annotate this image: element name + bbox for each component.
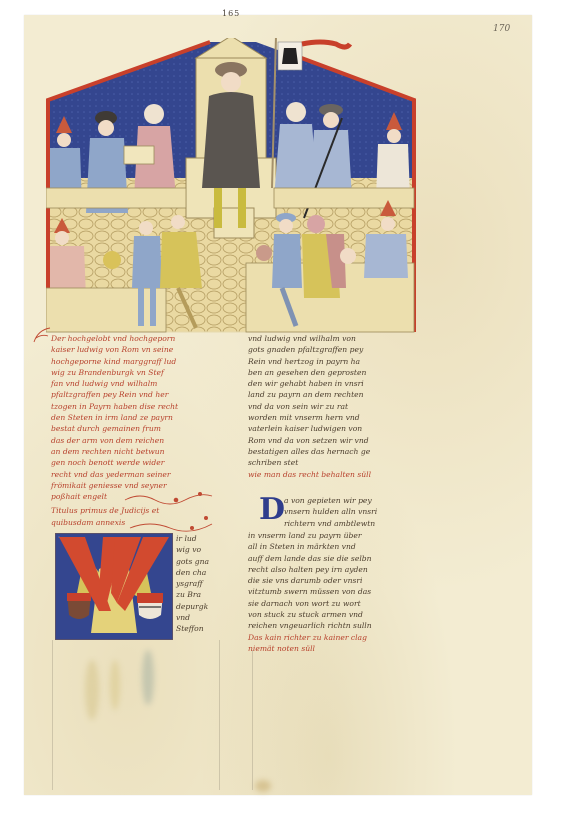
- text-line: recht also halten pey irn ayden: [248, 564, 428, 575]
- text-line: tzogen in Payrn haben dise recht: [51, 401, 231, 412]
- rubric-heading: Das kain richter zu kainer clag: [248, 632, 428, 643]
- text-line: vnd da von sein wir zu rat: [248, 401, 428, 412]
- ruling-line: [252, 650, 253, 790]
- text-line: vnd ludwig vnd wilhalm von: [248, 333, 428, 344]
- text-line: reichen vngeuarlich richtn sulln: [248, 620, 428, 631]
- text-line: den cha: [176, 567, 209, 578]
- stain: [85, 660, 99, 720]
- text-beside-initial: ir lud wig vo gots gna den cha ysgraff z…: [176, 533, 209, 635]
- text-line: bestat durch gemainen frum: [51, 423, 231, 434]
- right-column-text: vnd ludwig vnd wilhalm von gots gnaden p…: [248, 333, 428, 480]
- text-line: ben an gesehen den geprosten: [248, 367, 428, 378]
- text-line: den Steten in irm land ze payrn: [51, 412, 231, 423]
- text-line: wig vo: [176, 544, 209, 555]
- text-line: Steffon: [176, 623, 209, 634]
- text-line: recht vnd das yederman seiner: [51, 469, 231, 480]
- text-after-initial: a von gepieten wir pey vnsern hulden all…: [284, 495, 377, 529]
- text-line: vnsern hulden alln vnsri: [284, 506, 377, 517]
- text-line: ir lud: [176, 533, 209, 544]
- text-line: wig zu Brandenburgk vn Stef: [51, 367, 231, 378]
- folio-number: 170: [493, 24, 510, 34]
- text-line: worden mit vnserm hern vnd: [248, 412, 428, 423]
- text-line: Der hochgelobt vnd hochgeporn: [51, 333, 231, 344]
- right-column-continued: in vnserm land zu payrn über all in Stet…: [248, 530, 428, 654]
- text-line: von stuck zu stuck armen vnd: [248, 609, 428, 620]
- text-line: bestatigen alles das hernach ge: [248, 446, 428, 457]
- text-line: auff dem lande das sie die selbn: [248, 553, 428, 564]
- text-line: kaiser ludwig von Rom vn seine: [51, 344, 231, 355]
- text-line: gots gna: [176, 556, 209, 567]
- text-line: fan vnd ludwig vnd wilhalm: [51, 378, 231, 389]
- chapter-number: 165: [222, 9, 240, 18]
- text-line: in vnserm land zu payrn über: [248, 530, 428, 541]
- court-scene-image: [46, 38, 416, 334]
- miniature-illustration: [46, 38, 416, 334]
- text-line: zu Bra: [176, 589, 209, 600]
- text-line: vaterlein kaiser ludwigen von: [248, 423, 428, 434]
- text-line: vitztumb swern müssen von das: [248, 586, 428, 597]
- text-line: Rein vnd hertzog in payrn ha: [248, 356, 428, 367]
- ruling-line: [52, 640, 53, 790]
- text-line: richtern vnd ambtlewtn: [284, 518, 377, 529]
- drop-initial-d: D: [259, 495, 281, 525]
- rubric-heading: niemät noten süll: [248, 643, 428, 654]
- red-flourish-ornament: [120, 488, 215, 534]
- stain: [255, 780, 271, 792]
- text-line: ysgraff: [176, 578, 209, 589]
- text-line: pfaltzgraffen pey Rein vnd her: [51, 389, 231, 400]
- text-line: vnd: [176, 612, 209, 623]
- ruling-line: [219, 640, 220, 790]
- text-line: depurgk: [176, 601, 209, 612]
- text-line: den wir gehabt haben in vnsri: [248, 378, 428, 389]
- text-line: gots gnaden pfaltzgraffen pey: [248, 344, 428, 355]
- text-line: das der arm von dem reichen: [51, 435, 231, 446]
- angel-initial-image: [55, 533, 173, 640]
- historiated-initial-w: [55, 533, 173, 640]
- text-line: hochgeporne kind marggraff lud: [51, 356, 231, 367]
- text-line: gen noch benott werde wider: [51, 457, 231, 468]
- text-line: land zu payrn an dem rechten: [248, 389, 428, 400]
- text-line: an dem rechten nicht betwun: [51, 446, 231, 457]
- text-line: sie darnach von wort zu wort: [248, 598, 428, 609]
- text-line: all in Steten in märkten vnd: [248, 541, 428, 552]
- stain: [142, 650, 154, 705]
- text-line: a von gepieten wir pey: [284, 495, 377, 506]
- text-line: schriben stet: [248, 457, 428, 468]
- stain: [110, 660, 120, 710]
- text-line: die sie vns darumb oder vnsri: [248, 575, 428, 586]
- text-line: Rom vnd da von setzen wir vnd: [248, 435, 428, 446]
- red-flourish-ornament: [32, 326, 52, 344]
- rubric-heading: wie man das recht behalten süll: [248, 469, 428, 480]
